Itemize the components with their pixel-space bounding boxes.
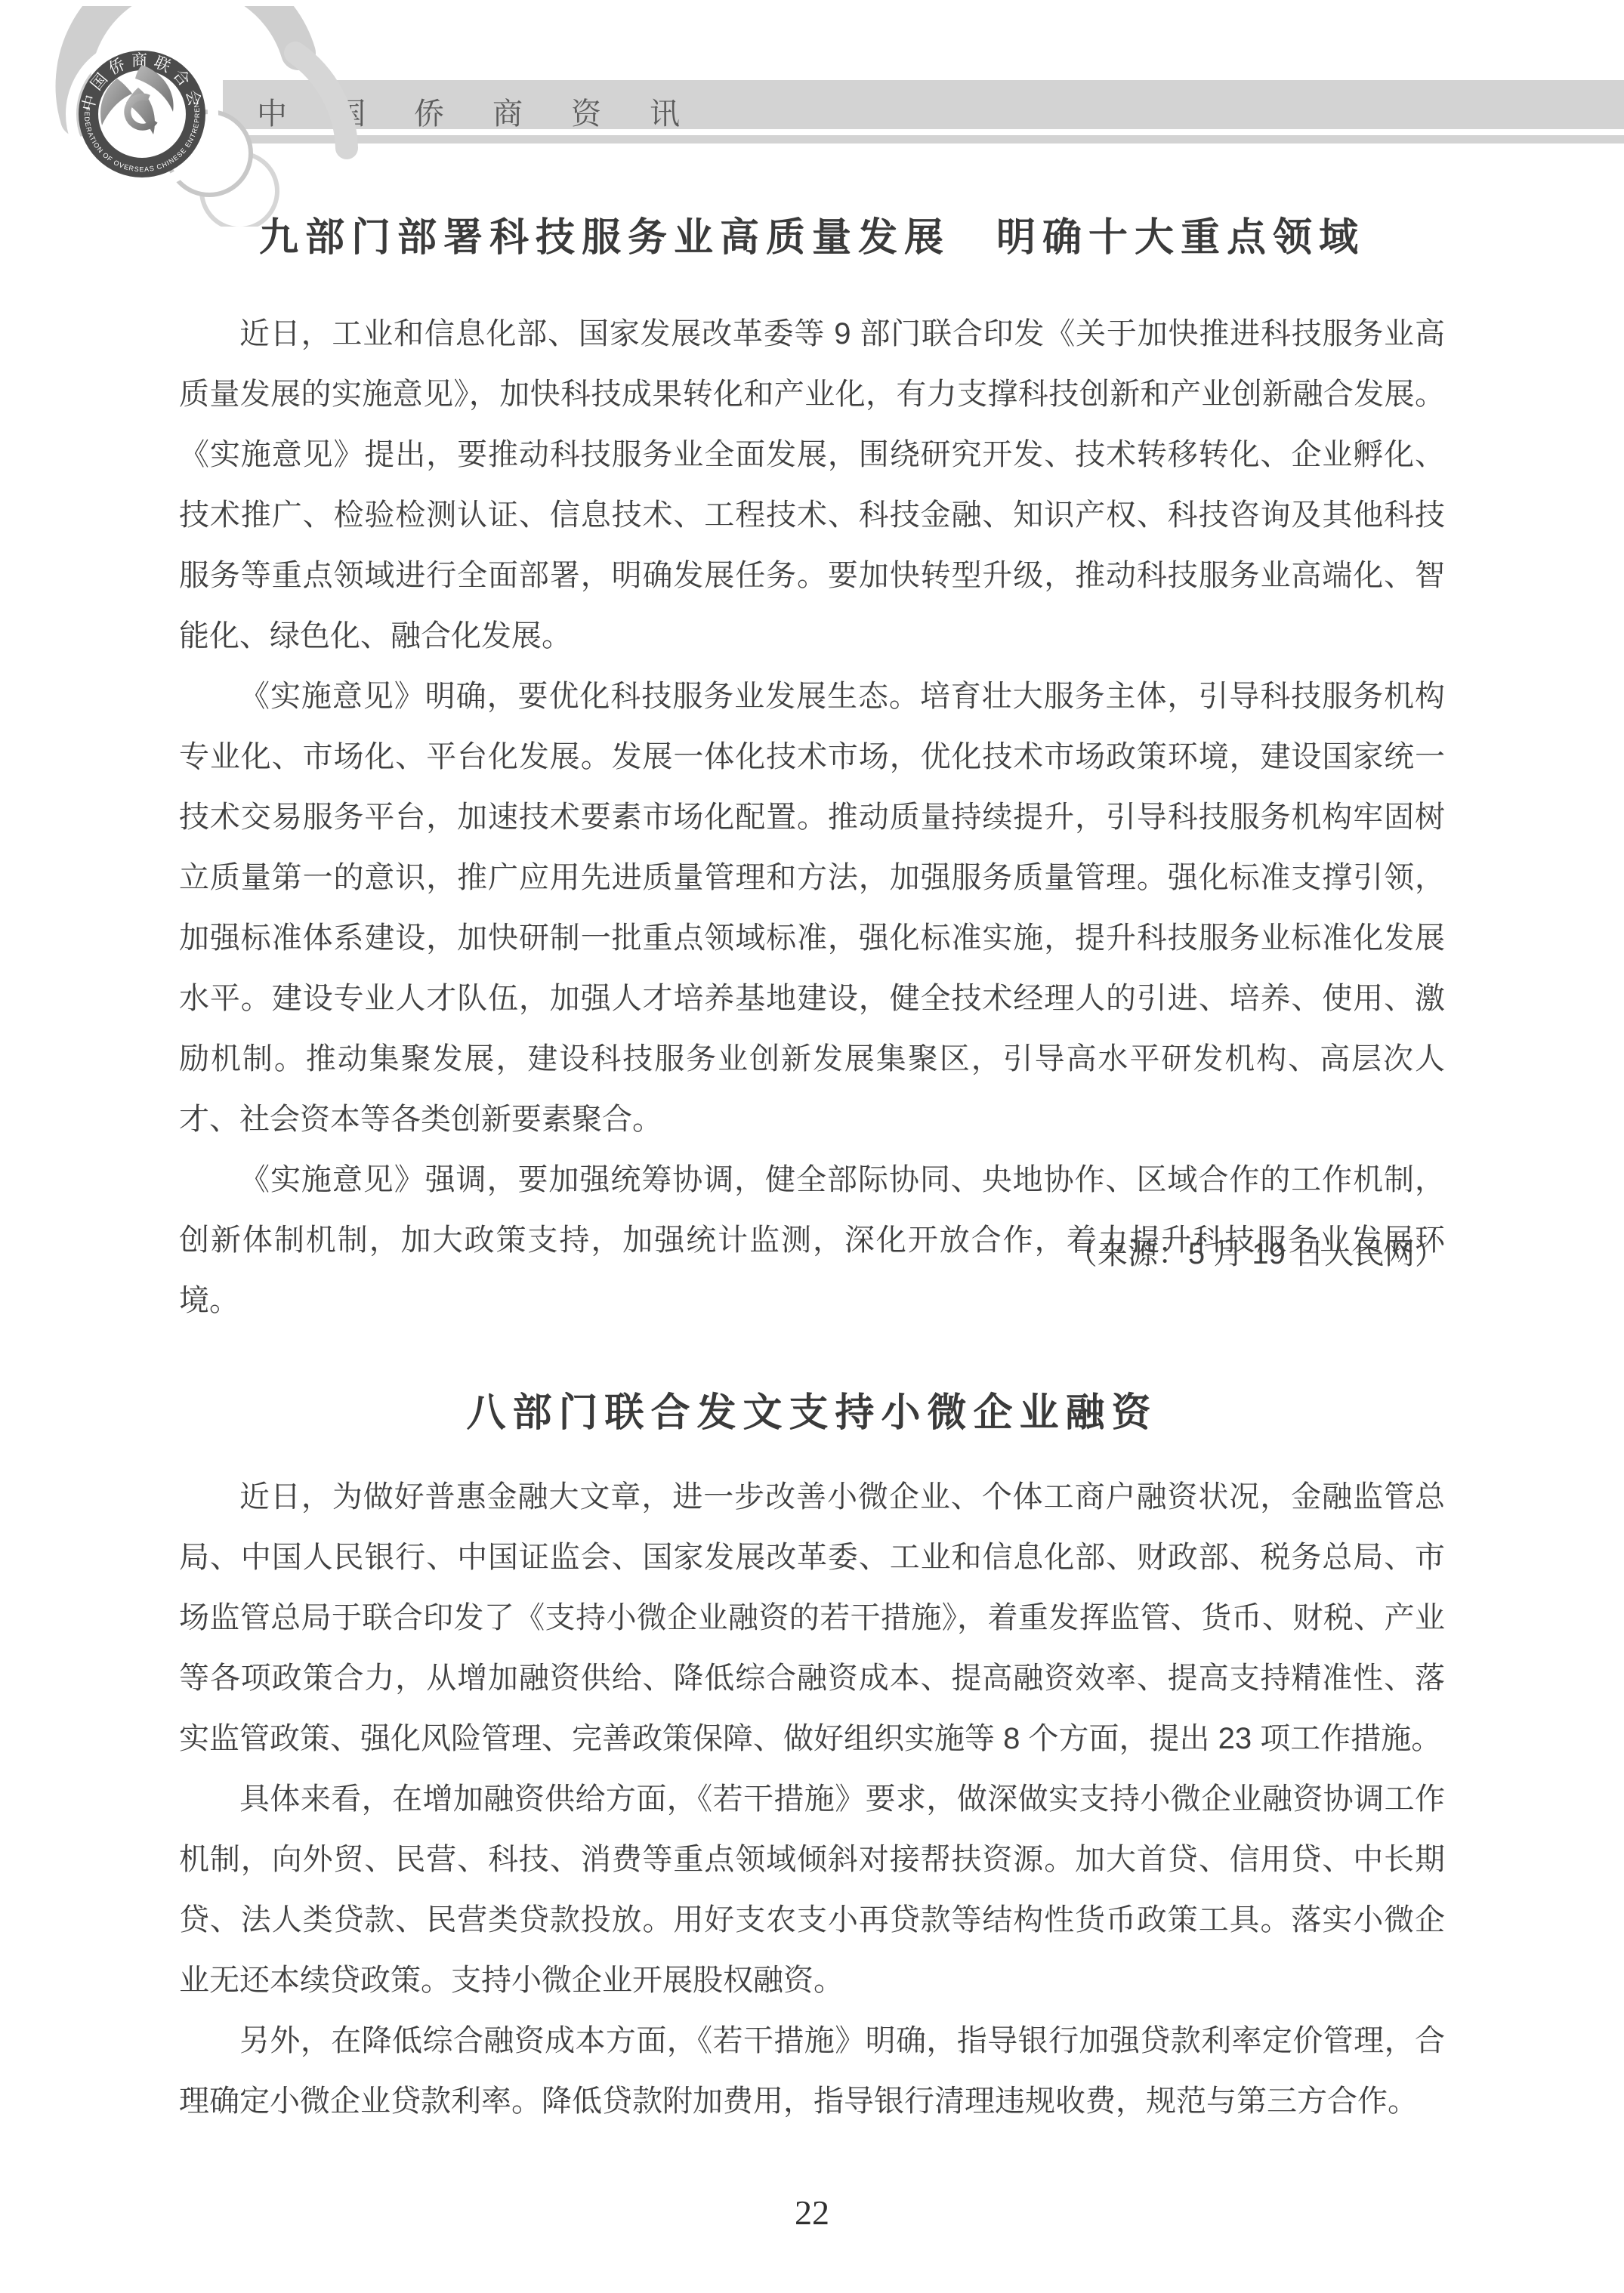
federation-logo-icon: 中国侨商联合会 CHINA FEDERATION OF OVERSEAS CHI… xyxy=(42,6,378,227)
article2-paragraph: 近日，为做好普惠金融大文章，进一步改善小微企业、个体工商户融资状况，金融监管总局… xyxy=(179,1467,1445,1769)
article2-body: 近日，为做好普惠金融大文章，进一步改善小微企业、个体工商户融资状况，金融监管总局… xyxy=(179,1467,1445,2131)
article1-source: （来源：5 月 19 日人民网） xyxy=(179,1224,1445,1284)
article1-body: 近日，工业和信息化部、国家发展改革委等 9 部门联合印发《关于加快推进科技服务业… xyxy=(179,304,1445,1331)
article2-paragraph: 具体来看，在增加融资供给方面，《若干措施》要求，做深做实支持小微企业融资协调工作… xyxy=(179,1769,1445,2011)
document-page: 中国侨商资讯 中国侨商联合会 xyxy=(0,0,1624,2293)
article1-paragraph: 《实施意见》明确，要优化科技服务业发展生态。培育壮大服务主体，引导科技服务机构专… xyxy=(179,666,1445,1150)
header-band-thin xyxy=(229,135,1624,144)
logo-swoosh-tail xyxy=(295,53,347,148)
article1-paragraph: 近日，工业和信息化部、国家发展改革委等 9 部门联合印发《关于加快推进科技服务业… xyxy=(179,304,1445,666)
article2-title: 八部门联合发文支持小微企业融资 xyxy=(179,1381,1445,1437)
article2-paragraph: 另外，在降低综合融资成本方面，《若干措施》明确，指导银行加强贷款利率定价管理，合… xyxy=(179,2011,1445,2131)
page-number: 22 xyxy=(0,2193,1624,2233)
